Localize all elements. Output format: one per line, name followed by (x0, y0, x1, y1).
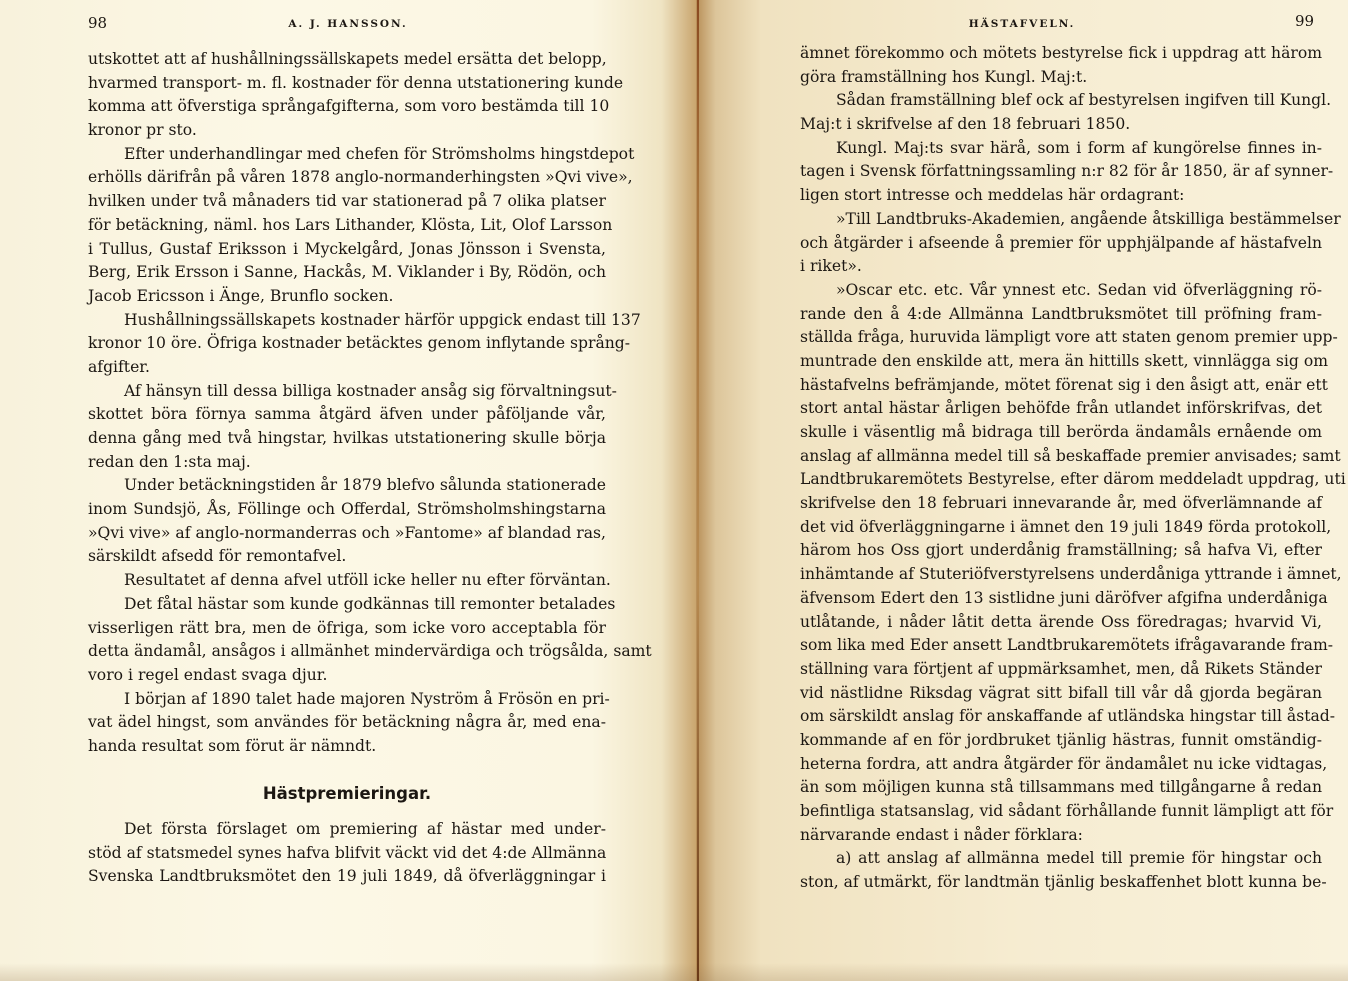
text-line: Hushållningssällskapets kostnader härför… (88, 309, 606, 333)
page-shadow (696, 963, 1348, 981)
text-line: handa resultat som förut är nämndt. (88, 735, 606, 759)
text-line: hästafvelns befrämjande, mötet förenat s… (800, 374, 1322, 398)
text-line: för betäckning, näml. hos Lars Lithander… (88, 214, 606, 238)
page-shadow (0, 963, 696, 981)
text-line: vid nästlidne Riksdag vägrat sitt bifall… (800, 682, 1322, 706)
running-head-text: HÄSTAFVELN. (969, 18, 1076, 30)
text-line: härom hos Oss gjort underdånig framställ… (800, 539, 1322, 563)
text-line: voro i regel endast svaga djur. (88, 664, 606, 688)
right-page: HÄSTAFVELN. 99 ämnet förekommo och mötet… (696, 0, 1348, 981)
text-line: befintliga statsanslag, vid sådant förhå… (800, 800, 1322, 824)
text-line: skottet böra förnya samma åtgärd äfven u… (88, 403, 606, 427)
text-line: ställning vara förtjent af uppmärksamhet… (800, 658, 1322, 682)
text-line: som lika med Eder ansett Landtbrukaremöt… (800, 634, 1322, 658)
text-line: Kungl. Maj:ts svar härå, som i form af k… (800, 137, 1322, 161)
text-line: erhölls därifrån på våren 1878 anglo-nor… (88, 166, 606, 190)
left-page: 98 A. J. HANSSON. utskottet att af hushå… (0, 0, 696, 981)
text-line: utlåtande, i nåder låtit detta ärende Os… (800, 611, 1322, 635)
text-line: kommande af en för jordbruket tjänlig hä… (800, 729, 1322, 753)
spacer (88, 806, 606, 818)
text-line: Efter underhandlingar med chefen för Str… (88, 143, 606, 167)
text-line: heterna fordra, att andra åtgärder för ä… (800, 753, 1322, 777)
text-line: närvarande endast i nåder förklara: (800, 824, 1322, 848)
left-body-text: utskottet att af hushållningssällskapets… (88, 48, 606, 889)
text-line: ligen stort intresse och meddelas här or… (800, 184, 1322, 208)
text-line: skrifvelse den 18 februari innevarande å… (800, 492, 1322, 516)
text-line: Landtbrukaremötets Bestyrelse, efter där… (800, 468, 1322, 492)
text-line: vat ädel hingst, som användes för betäck… (88, 711, 606, 735)
text-line: detta ändamål, ansågos i allmänhet minde… (88, 640, 606, 664)
text-line: utskottet att af hushållningssällskapets… (88, 48, 606, 72)
right-running-head: HÄSTAFVELN. (696, 18, 1348, 30)
right-page-number: 99 (1295, 12, 1314, 30)
right-body-text: ämnet förekommo och mötets bestyrelse fi… (800, 42, 1322, 895)
text-line: kronor 10 öre. Öfriga kostnader betäckte… (88, 332, 606, 356)
text-line: i Tullus, Gustaf Eriksson i Myckelgård, … (88, 238, 606, 262)
text-line: göra framställning hos Kungl. Maj:t. (800, 66, 1322, 90)
text-line: i riket». (800, 255, 1322, 279)
text-line: komma att öfverstiga språngafgifterna, s… (88, 95, 606, 119)
spacer (88, 759, 606, 783)
text-line: Svenska Landtbruksmötet den 19 juli 1849… (88, 865, 606, 889)
text-line: Det fåtal hästar som kunde godkännas til… (88, 593, 606, 617)
text-line: äfvensom Edert den 13 sistlidne juni där… (800, 587, 1322, 611)
running-head-text: A. J. HANSSON. (288, 18, 407, 30)
text-line: särskildt afsedd för remontafvel. (88, 545, 606, 569)
book-spread: 98 A. J. HANSSON. utskottet att af hushå… (0, 0, 1348, 981)
text-line: »Till Landtbruks-Akademien, angående åts… (800, 208, 1322, 232)
text-line: Jacob Ericsson i Änge, Brunflo socken. (88, 285, 606, 309)
text-line: denna gång med två hingstar, hvilkas uts… (88, 427, 606, 451)
text-line: inhämtande af Stuteriöfverstyrelsens und… (800, 563, 1322, 587)
text-line: I början af 1890 talet hade majoren Nyst… (88, 688, 606, 712)
text-line: kronor pr sto. (88, 119, 606, 143)
book-gutter (697, 0, 699, 981)
text-line: Af hänsyn till dessa billiga kostnader a… (88, 380, 606, 404)
text-line: Under betäckningstiden år 1879 blefvo så… (88, 474, 606, 498)
text-line: ställda fråga, huruvida lämpligt vore at… (800, 326, 1322, 350)
left-running-head: A. J. HANSSON. (0, 18, 696, 30)
text-line: ämnet förekommo och mötets bestyrelse fi… (800, 42, 1322, 66)
text-line: Maj:t i skrifvelse af den 18 februari 18… (800, 113, 1322, 137)
text-line: stöd af statsmedel synes hafva blifvit v… (88, 842, 606, 866)
text-line: skulle i väsentlig må bidraga till berör… (800, 421, 1322, 445)
text-line: visserligen rätt bra, men de öfriga, som… (88, 617, 606, 641)
section-heading: Hästpremieringar. (88, 782, 606, 806)
text-line: det vid öfverläggningarne i ämnet den 19… (800, 516, 1322, 540)
text-line: stort antal hästar årligen behöfde från … (800, 397, 1322, 421)
text-line: och åtgärder i afseende å premier för up… (800, 232, 1322, 256)
text-line: inom Sundsjö, Ås, Föllinge och Offerdal,… (88, 498, 606, 522)
text-line: redan den 1:sta maj. (88, 451, 606, 475)
text-line: hvilken under två månaders tid var stati… (88, 190, 606, 214)
text-line: anslag af allmänna medel till så beskaff… (800, 445, 1322, 469)
text-line: tagen i Svensk författningssamling n:r 8… (800, 160, 1322, 184)
text-line: Berg, Erik Ersson i Sanne, Hackås, M. Vi… (88, 261, 606, 285)
text-line: afgifter. (88, 356, 606, 380)
text-line: om särskildt anslag för anskaffande af u… (800, 705, 1322, 729)
text-line: a) att anslag af allmänna medel till pre… (800, 847, 1322, 871)
text-line: Det första förslaget om premiering af hä… (88, 818, 606, 842)
text-line: Resultatet af denna afvel utföll icke he… (88, 569, 606, 593)
text-line: hvarmed transport- m. fl. kostnader för … (88, 72, 606, 96)
text-line: än som möjligen kunna stå tillsammans me… (800, 776, 1322, 800)
text-line: »Qvi vive» af anglo-normanderras och »Fa… (88, 522, 606, 546)
text-line: ston, af utmärkt, för landtmän tjänlig b… (800, 871, 1322, 895)
text-line: muntrade den enskilde att, mera än hitti… (800, 350, 1322, 374)
text-line: »Oscar etc. etc. Vår ynnest etc. Sedan v… (800, 279, 1322, 303)
text-line: rande den å 4:de Allmänna Landtbruksmöte… (800, 303, 1322, 327)
text-line: Sådan framställning blef ock af bestyrel… (800, 89, 1322, 113)
